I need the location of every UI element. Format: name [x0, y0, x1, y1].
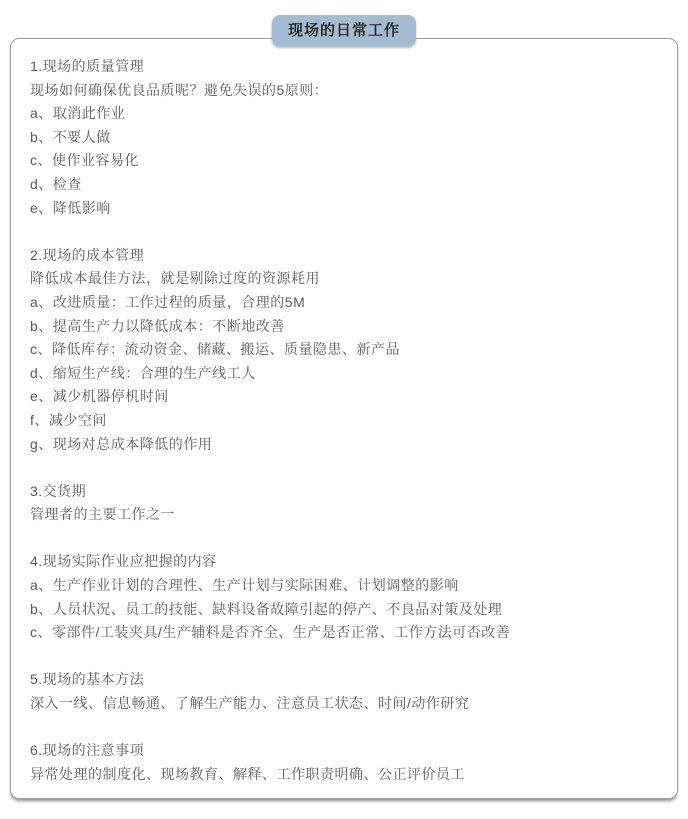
text-line: b、不要人做	[30, 126, 658, 150]
text-line: a、改进质量：工作过程的质量，合理的5M	[30, 291, 658, 315]
content-panel: 1.现场的质量管理现场如何确保优良品质呢？避免失误的5原则：a、取消此作业b、不…	[10, 38, 678, 799]
text-line: c、零部件/工装夹具/生产辅料是否齐全、生产是否正常、工作方法可否改善	[30, 621, 658, 645]
text-section: 5.现场的基本方法深入一线、信息畅通、了解生产能力、注意员工状态、时间/动作研究	[30, 668, 658, 715]
text-section: 1.现场的质量管理现场如何确保优良品质呢？避免失误的5原则：a、取消此作业b、不…	[30, 55, 658, 220]
text-section: 6.现场的注意事项异常处理的制度化、现场教育、解释、工作职责明确、公正评价员工	[30, 739, 658, 786]
text-line: 深入一线、信息畅通、了解生产能力、注意员工状态、时间/动作研究	[30, 692, 658, 716]
page-title-badge: 现场的日常工作	[272, 15, 416, 46]
text-line: d、检查	[30, 173, 658, 197]
text-line: 5.现场的基本方法	[30, 668, 658, 692]
text-line: 1.现场的质量管理	[30, 55, 658, 79]
text-line: 4.现场实际作业应把握的内容	[30, 550, 658, 574]
text-line: 降低成本最佳方法，就是剔除过度的资源耗用	[30, 267, 658, 291]
text-section: 4.现场实际作业应把握的内容a、生产作业计划的合理性、生产计划与实际困难、计划调…	[30, 550, 658, 644]
text-line: e、降低影响	[30, 197, 658, 221]
text-line: g、现场对总成本降低的作用	[30, 433, 658, 457]
text-line: a、取消此作业	[30, 102, 658, 126]
text-line: 管理者的主要工作之一	[30, 503, 658, 527]
text-line: 现场如何确保优良品质呢？避免失误的5原则：	[30, 79, 658, 103]
text-section: 2.现场的成本管理降低成本最佳方法，就是剔除过度的资源耗用a、改进质量：工作过程…	[30, 244, 658, 456]
text-line: 6.现场的注意事项	[30, 739, 658, 763]
text-section: 3.交货期管理者的主要工作之一	[30, 480, 658, 527]
text-line: d、缩短生产线：合理的生产线工人	[30, 362, 658, 386]
text-line: 3.交货期	[30, 480, 658, 504]
text-line: e、减少机器停机时间	[30, 385, 658, 409]
document-page: 现场的日常工作 1.现场的质量管理现场如何确保优良品质呢？避免失误的5原则：a、…	[0, 0, 688, 819]
text-line: c、使作业容易化	[30, 149, 658, 173]
text-line: b、人员状况、员工的技能、缺料设备故障引起的停产、不良品对策及处理	[30, 598, 658, 622]
content-body: 1.现场的质量管理现场如何确保优良品质呢？避免失误的5原则：a、取消此作业b、不…	[11, 39, 677, 786]
text-line: f、减少空间	[30, 409, 658, 433]
text-line: b、提高生产力以降低成本：不断地改善	[30, 315, 658, 339]
text-line: 2.现场的成本管理	[30, 244, 658, 268]
text-line: 异常处理的制度化、现场教育、解释、工作职责明确、公正评价员工	[30, 763, 658, 787]
text-line: c、降低库存：流动资金、储藏、搬运、质量隐患、新产品	[30, 338, 658, 362]
text-line: a、生产作业计划的合理性、生产计划与实际困难、计划调整的影响	[30, 574, 658, 598]
